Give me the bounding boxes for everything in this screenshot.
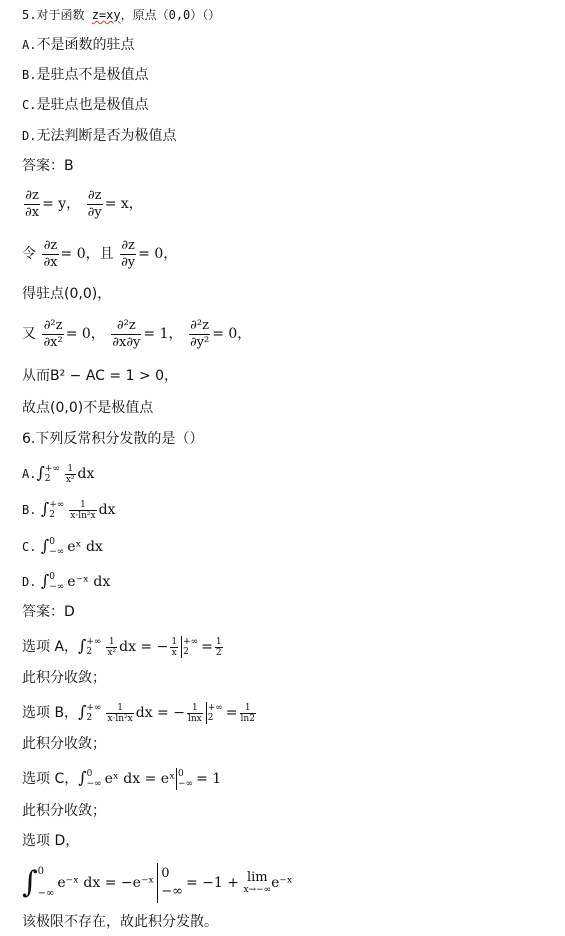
q5-option-a: A.不是函数的驻点 — [22, 36, 134, 54]
integral-limits: 0−∞ — [49, 537, 64, 557]
integral-icon: ∫ — [78, 698, 86, 726]
integral-limits: 0−∞ — [38, 861, 55, 905]
q6-option-d: D. ∫0−∞e⁻ˣ dx — [22, 569, 110, 594]
evaluation-limits: +∞2 — [208, 703, 223, 723]
limit-operator: limx→−∞ — [243, 871, 271, 895]
fraction: ∂z∂y — [87, 188, 103, 221]
integral-limits: +∞2 — [86, 703, 101, 723]
q6-verdict-c: 此积分收敛； — [22, 802, 106, 820]
option-label: A. — [22, 38, 36, 52]
fraction: ∂z∂x — [42, 238, 58, 271]
fraction: ∂²z∂x∂y — [111, 318, 141, 351]
fraction: 12 — [215, 637, 223, 658]
q5-partials: ∂z∂x= y， ∂z∂y= x， — [22, 186, 143, 222]
fraction: 1x² — [106, 637, 117, 658]
let-label: 令 — [22, 246, 36, 262]
q5-question: 5.对于函数 z=xy，原点（0,0）（） — [22, 6, 220, 24]
option-label: B. — [22, 68, 36, 82]
integral-limits: +∞2 — [45, 464, 60, 484]
q5-option-d: D.无法判断是否为极值点 — [22, 127, 176, 145]
option-label: C. — [22, 540, 36, 554]
fraction: 1x·ln²x — [106, 703, 133, 724]
q6-verdict-d: 该极限不存在，故此积分发散。 — [22, 913, 218, 931]
integral-icon: ∫ — [36, 460, 44, 486]
fraction: ∂²z∂y² — [189, 318, 210, 351]
q6-solution-d: ∫0−∞e⁻ˣ dx = −e⁻ˣ0−∞= −1 + limx→−∞e⁻ˣ — [22, 860, 293, 906]
evaluation-limits: 0−∞ — [161, 865, 183, 901]
solution-label: 选项 C， — [22, 771, 78, 787]
integral-icon: ∫ — [78, 765, 86, 791]
solution-label: 选项 A， — [22, 639, 78, 655]
integral-icon: ∫ — [22, 865, 38, 900]
option-text: 不是函数的驻点 — [36, 37, 134, 53]
q6-question: 6.下列反常积分发散的是（） — [22, 430, 203, 448]
q6-verdict-a: 此积分收敛； — [22, 669, 106, 687]
evaluation-bar — [206, 702, 207, 724]
q5-option-c: C.是驻点也是极值点 — [22, 96, 148, 114]
fraction: 1x — [170, 637, 178, 658]
fraction: ∂z∂y — [120, 238, 136, 271]
q5-let: 令 ∂z∂x= 0，且 ∂z∂y= 0， — [22, 236, 177, 272]
integral-limits: 0−∞ — [49, 572, 64, 592]
q5-second-derivs: 又 ∂²z∂x²= 0， ∂²z∂x∂y= 1， ∂²z∂y²= 0， — [22, 316, 251, 352]
integral-icon: ∫ — [41, 569, 49, 593]
integral-limits: 0−∞ — [87, 769, 102, 789]
q6-solution-b: 选项 B，∫+∞21x·ln²xdx = −1lnx+∞2=1ln2 — [22, 698, 258, 727]
integral-icon: ∫ — [41, 534, 49, 558]
q6-option-b: B. ∫+∞21x·ln²xdx — [22, 496, 115, 523]
q6-solution-d-label: 选项 D， — [22, 832, 79, 850]
evaluation-bar — [176, 768, 177, 790]
integral-icon: ∫ — [41, 496, 49, 522]
q6-solution-a: 选项 A，∫+∞21x²dx = −1x+∞2=12 — [22, 632, 225, 661]
evaluation-bar — [181, 636, 182, 658]
option-label: A. — [22, 467, 36, 481]
integral-icon: ∫ — [78, 632, 86, 660]
q5-option-b: B.是驻点不是极值点 — [22, 66, 148, 84]
q6-answer: 答案：D — [22, 603, 75, 621]
q5-question-suffix: ，原点（0,0）（） — [121, 8, 221, 22]
fraction: 1x² — [65, 464, 76, 485]
evaluation-limits: +∞2 — [183, 637, 198, 657]
fraction: 1lnx — [187, 703, 203, 724]
q5-discriminant: 从而B² − AC = 1 > 0， — [22, 367, 178, 385]
q6-option-c: C. ∫0−∞eˣ dx — [22, 534, 103, 559]
option-text: 是驻点不是极值点 — [36, 67, 148, 83]
second-label: 又 — [22, 326, 36, 342]
q5-question-prefix: 5.对于函数 — [22, 8, 92, 22]
evaluation-limits: 0−∞ — [178, 769, 193, 789]
evaluation-bar — [157, 863, 158, 903]
option-text: 是驻点也是极值点 — [36, 97, 148, 113]
fraction: 1x·ln²x — [69, 500, 96, 521]
fraction: ∂z∂x — [24, 188, 40, 221]
option-label: C. — [22, 98, 36, 112]
option-label: B. — [22, 503, 36, 517]
solution-label: 选项 B， — [22, 705, 78, 721]
option-label: D. — [22, 575, 36, 589]
q5-stationary: 得驻点(0,0)， — [22, 285, 111, 303]
integral-limits: +∞2 — [86, 637, 101, 657]
fraction: ∂²z∂x² — [42, 318, 63, 351]
q6-verdict-b: 此积分收敛； — [22, 735, 106, 753]
fraction: 1ln2 — [240, 703, 256, 724]
q5-conclusion: 故点(0,0)不是极值点 — [22, 399, 153, 417]
option-label: D. — [22, 129, 36, 143]
option-text: 无法判断是否为极值点 — [36, 128, 176, 144]
q5-function: z=xy — [92, 8, 121, 22]
q5-answer: 答案：B — [22, 157, 74, 175]
integral-limits: +∞2 — [49, 500, 64, 520]
q6-option-a: A.∫+∞21x²dx — [22, 460, 94, 487]
q6-solution-c: 选项 C，∫0−∞eˣ dx = eˣ0−∞= 1 — [22, 765, 221, 792]
